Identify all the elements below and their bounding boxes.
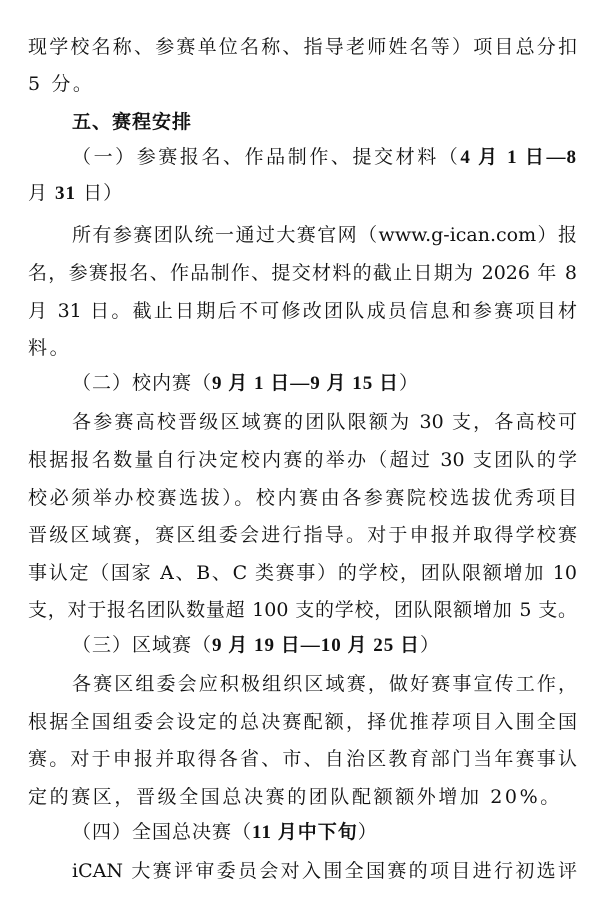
paragraph-line: 赛。对于申报并取得各省、市、自治区教育部门当年赛事认 [28, 741, 577, 777]
subsection-title-cont: 月 31 日） [28, 175, 577, 211]
paragraph-line: 定的赛区，晋级全国总决赛的团队配额额外增加 20%。 [28, 779, 577, 815]
subsection-title-text: （四）全国总决赛（ [72, 821, 252, 843]
paragraph-line: 名，参赛报名、作品制作、提交材料的截止日期为 2026 年 8 [28, 255, 577, 291]
subsection-title-text: ） [358, 821, 378, 843]
subsection-title: （一）参赛报名、作品制作、提交材料（4 月 1 日—8 [72, 139, 577, 175]
subsection-title-text: （二）校内赛（ [72, 372, 212, 394]
paragraph-line: 所有参赛团队统一通过大赛官网（www.g-ican.com）报 [72, 217, 577, 253]
paragraph-line: 月 31 日。截止日期后不可修改团队成员信息和参赛项目材 [28, 293, 577, 329]
paragraph-line: 事认定（国家 A、B、C 类赛事）的学校，团队限额增加 10 [28, 555, 577, 591]
subsection-dates: 9 月 1 日—9 月 15 日 [212, 373, 399, 394]
subsection-title-text: （三）区域赛（ [72, 634, 212, 656]
subsection-dates: 31 [55, 183, 76, 204]
paragraph-line: 5 分。 [28, 66, 577, 102]
subsection-dates: 9 月 19 日—10 月 25 日 [212, 635, 420, 656]
paragraph-line: 校必须举办校赛选拔）。校内赛由各参赛院校选拔优秀项目 [28, 480, 577, 516]
paragraph-line: 各赛区组委会应积极组织区域赛，做好赛事宣传工作， [72, 666, 577, 702]
subsection-dates: 11 月中下旬 [252, 822, 358, 843]
subsection-title-text: 日） [76, 182, 123, 204]
paragraph-line: iCAN 大赛评审委员会对入围全国赛的项目进行初选评 [72, 853, 577, 889]
paragraph-line: 晋级区域赛，赛区组委会进行指导。对于申报并取得学校赛 [28, 517, 577, 553]
paragraph-line: 料。 [28, 330, 577, 366]
subsection-title-text: 月 [28, 182, 55, 204]
subsection-title: （三）区域赛（9 月 19 日—10 月 25 日） [72, 627, 577, 663]
section-heading: 五、赛程安排 [72, 104, 577, 140]
subsection-title: （四）全国总决赛（11 月中下旬） [72, 814, 577, 850]
subsection-dates: 4 月 1 日—8 [460, 147, 577, 168]
subsection-title-text: （一）参赛报名、作品制作、提交材料（ [72, 146, 460, 168]
subsection-title-text: ） [420, 634, 440, 656]
paragraph-line: 各参赛高校晋级区域赛的团队限额为 30 支，各高校可 [72, 404, 577, 440]
paragraph-line: 根据报名数量自行决定校内赛的举办（超过 30 支团队的学 [28, 442, 577, 478]
subsection-title: （二）校内赛（9 月 1 日—9 月 15 日） [72, 365, 577, 401]
paragraph-line: 根据全国组委会设定的总决赛配额，择优推荐项目入围全国 [28, 704, 577, 740]
paragraph-line: 支，对于报名团队数量超 100 支的学校，团队限额增加 5 支。 [28, 592, 577, 628]
subsection-title-text: ） [399, 372, 419, 394]
paragraph-line: 现学校名称、参赛单位名称、指导老师姓名等）项目总分扣 [28, 29, 577, 65]
